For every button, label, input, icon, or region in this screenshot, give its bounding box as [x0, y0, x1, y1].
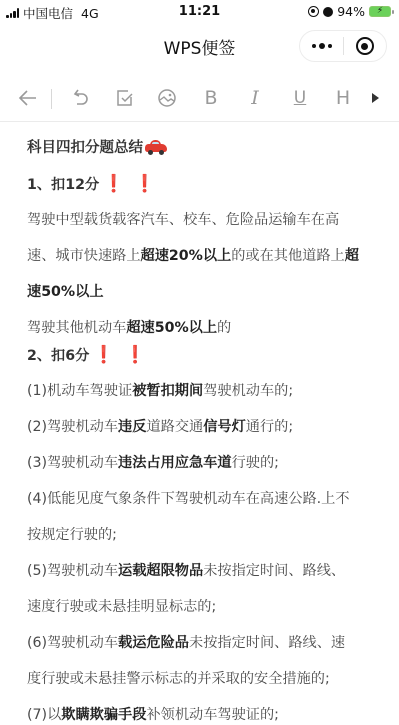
bold-text: 超速20%以上 — [141, 248, 232, 264]
note-line: 按规定行驶的; — [27, 525, 117, 545]
toolbar-more-button[interactable] — [351, 74, 399, 121]
text-run: 道路交通 — [146, 419, 203, 435]
text-run: 速、城市快速路上 — [27, 248, 141, 264]
orientation-lock-icon — [308, 6, 319, 17]
alarm-icon — [323, 7, 333, 17]
car-emoji-icon — [145, 140, 167, 154]
exclamation-icon: ❗ — [134, 174, 155, 194]
text-run: 驾驶机动车的; — [203, 383, 293, 399]
text-run: 的 — [217, 320, 231, 336]
note-line: (1)机动车驾驶证被暂扣期间驾驶机动车的; — [27, 381, 293, 401]
image-button[interactable] — [155, 86, 179, 110]
note-line: (7)以欺瞒欺骗手段补领机动车驾驶证的; — [27, 705, 279, 711]
note-line: 驾驶中型载货载客汽车、校车、危险品运输车在高 — [27, 210, 339, 230]
exclamation-icon: ❗ — [103, 174, 124, 194]
undo-button[interactable] — [70, 86, 94, 110]
bold-text: 被暂扣期间 — [132, 383, 203, 399]
bold-text: 信号灯 — [203, 419, 246, 435]
text-run: 通行的; — [246, 419, 293, 435]
text-run: 速度行驶或未悬挂明显标志的; — [27, 599, 216, 615]
section-heading-2: 2、扣6分❗❗ — [27, 345, 146, 366]
bold-button[interactable]: B — [199, 86, 223, 110]
note-line: (5)驾驶机动车运载超限物品未按指定时间、路线、 — [27, 561, 345, 581]
note-line: 速、城市快速路上超速20%以上的或在其他道路上超 — [27, 246, 359, 266]
close-mini-program-button[interactable] — [344, 31, 386, 61]
text-run: (4)低能见度气象条件下驾驶机动车在高速公路.上不 — [27, 491, 350, 507]
text-run: 未按指定时间、路线、速 — [189, 635, 345, 651]
note-line: 速50%以上 — [27, 282, 104, 302]
text-run: 驾驶其他机动车 — [27, 320, 126, 336]
exclamation-icon: ❗ — [93, 345, 114, 365]
italic-button[interactable]: I — [243, 86, 267, 110]
text-run: (2)驾驶机动车 — [27, 419, 118, 435]
bold-text: 运载超限物品 — [118, 563, 203, 579]
note-line: (4)低能见度气象条件下驾驶机动车在高速公路.上不 — [27, 489, 350, 509]
text-run: 未按指定时间、路线、 — [203, 563, 345, 579]
mini-program-capsule — [299, 30, 387, 62]
more-button[interactable] — [300, 31, 343, 61]
text-run: (5)驾驶机动车 — [27, 563, 118, 579]
status-bar: 中国电信 4G 11:21 94% ⚡ — [0, 0, 399, 24]
italic-icon: I — [251, 87, 259, 109]
text-run: 行驶的; — [232, 455, 279, 471]
nav-bar: WPS便签 — [0, 24, 399, 68]
note-title-text: 科目四扣分题总结 — [27, 140, 143, 156]
note-line: 度行驶或未悬挂警示标志的并采取的安全措施的; — [27, 669, 330, 689]
bold-text: 超速50%以上 — [126, 320, 217, 336]
editor-toolbar: B I U H — [0, 74, 399, 122]
text-run: 驾驶中型载货载客汽车、校车、危险品运输车在高 — [27, 212, 339, 228]
checkbox-icon — [116, 89, 134, 107]
note-line: 速度行驶或未悬挂明显标志的; — [27, 597, 216, 617]
bold-text: 载运危险品 — [118, 635, 189, 651]
text-run: 的或在其他道路上 — [231, 248, 345, 264]
target-circle-icon — [356, 37, 374, 55]
bold-text: 违反 — [118, 419, 146, 435]
arrow-left-icon — [18, 89, 38, 107]
text-run: (7)以 — [27, 707, 61, 711]
bold-text: 欺瞒欺骗手段 — [61, 707, 146, 711]
bold-text: 违法占用应急车道 — [118, 455, 232, 471]
note-line: (3)驾驶机动车违法占用应急车道行驶的; — [27, 453, 279, 473]
heading-text: 1、扣12分 — [27, 177, 99, 193]
bold-icon: B — [204, 87, 217, 109]
image-icon — [157, 88, 177, 108]
battery-charging-icon: ⚡ — [369, 6, 391, 17]
toolbar-divider — [51, 89, 52, 109]
more-dots-icon — [319, 43, 325, 49]
back-button[interactable] — [16, 86, 40, 110]
text-run: 补领机动车驾驶证的; — [146, 707, 278, 711]
text-run: (6)驾驶机动车 — [27, 635, 118, 651]
text-run: 按规定行驶的; — [27, 527, 117, 543]
note-line: (6)驾驶机动车载运危险品未按指定时间、路线、速 — [27, 633, 345, 653]
undo-icon — [73, 88, 91, 108]
triangle-right-icon — [372, 93, 379, 103]
note-title: 科目四扣分题总结 — [27, 138, 167, 158]
note-line: (2)驾驶机动车违反道路交通信号灯通行的; — [27, 417, 293, 437]
more-dots-icon — [328, 44, 332, 48]
underline-button[interactable]: U — [288, 86, 312, 110]
checklist-button[interactable] — [113, 86, 137, 110]
bold-text: 超 — [345, 248, 359, 264]
text-run: (1)机动车驾驶证 — [27, 383, 132, 399]
section-heading-1: 1、扣12分❗❗ — [27, 174, 156, 195]
note-line: 驾驶其他机动车超速50%以上的 — [27, 318, 231, 338]
battery-percent: 94% — [337, 4, 365, 19]
underline-icon: U — [294, 88, 306, 108]
heading-text: 2、扣6分 — [27, 348, 89, 364]
text-run: (3)驾驶机动车 — [27, 455, 118, 471]
bold-text: 速50%以上 — [27, 284, 104, 300]
heading-icon: H — [336, 87, 350, 109]
more-dots-icon — [312, 44, 316, 48]
exclamation-icon: ❗ — [124, 345, 145, 365]
text-run: 度行驶或未悬挂警示标志的并采取的安全措施的; — [27, 671, 330, 687]
